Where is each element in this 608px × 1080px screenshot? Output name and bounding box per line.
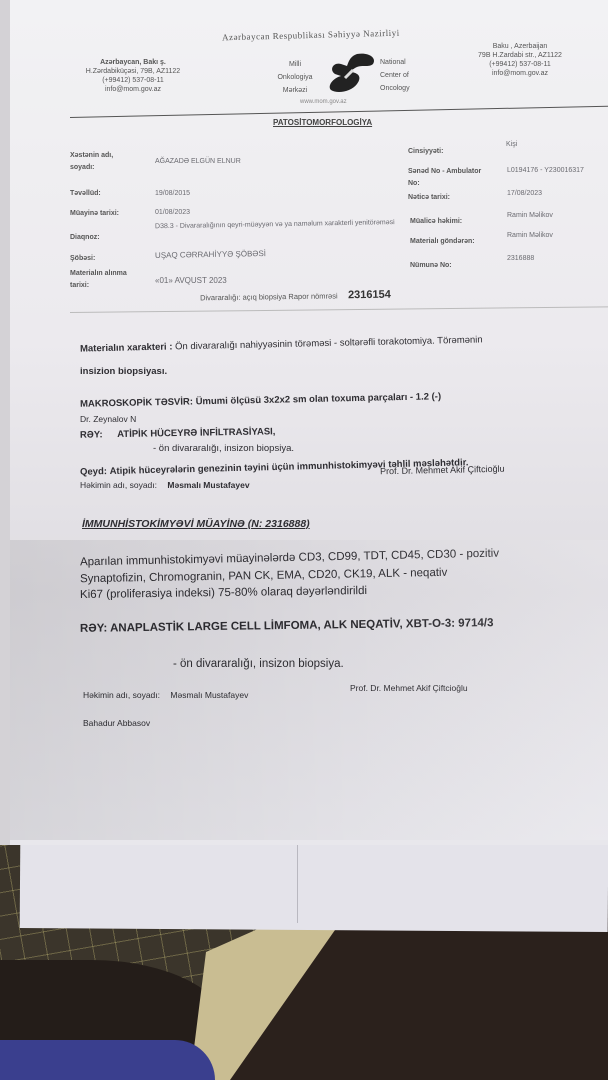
gender-label: Cinsiyyəti: [408,146,443,158]
macroscopic-label: MAKROSKOPİK TƏSVİR: [80,396,193,409]
ministry-title: Azərbaycan Respublikası Səhiyyə Nazirliy… [222,28,400,43]
underlying-paper [20,836,608,932]
sender-value: Ramin Məlikov [507,231,553,241]
blue-sleeve [0,1040,215,1080]
conclusion-label: RƏY: [80,429,103,440]
exam-date-label: Müayinə tarixi: [70,208,119,220]
sample-date-label: Materialın alınma tarixi: [70,268,140,292]
material-label: Materialın xarakteri : [80,341,173,354]
ihc-site: - ön divararalığı, insizon biopsiya. [173,658,344,670]
department-label: Şöbəsi: [70,253,95,265]
sender-label: Materialı göndərən: [410,236,475,248]
right-address: Baku , Azerbaijan 79B H.Zardabi str., AZ… [460,42,580,78]
left-address: Azərbaycan, Bakı ş. H.Zərdabiküçəsi, 79B… [78,58,188,94]
doctor-name: Məsmalı Mustafayev [170,690,248,700]
material-text-cont: insizion biopsiyası. [80,366,167,377]
macroscopic-doctor: Dr. Zeynalov N [80,414,136,424]
attending-doctor-value: Ramin Məlikov [507,211,553,221]
doctor-name-label: Həkimin adı, soyadı: [80,480,157,490]
ihc-line-1: Aparılan immunhistokimyəvi müayinələrdə … [80,548,499,569]
address-line: (+99412) 537-08-11 [460,60,580,69]
paper-fold [297,845,298,923]
report-number: 2316154 [348,289,391,302]
conclusion-1: RƏY: ATİPİK HÜCEYRƏ İNFİLTRASİYASI, [80,426,276,440]
website-link: www.mom.gov.az [300,98,347,107]
divider [70,306,608,313]
logo-text-line: Milli [275,58,315,71]
ihc-title: İMMUNHİSTOKİMYƏVİ MÜAYİNƏ (N: 2316888) [82,518,310,530]
sample-number-value: 2316888 [507,254,534,264]
logo-text-en: National Center of Oncology [380,56,430,95]
dob-value: 19/08/2015 [155,189,190,199]
diagnosis-value: D38.3 - Divararalığının qeyri-müəyyən və… [155,218,415,233]
address-line: 79B H.Zardabi str., AZ1122 [460,51,580,60]
note-label: Qeyd: [80,466,107,478]
logo-text-line: Oncology [380,82,430,95]
signature-1-line: Həkimin adı, soyadı: Məsmalı Mustafayev [80,480,250,490]
conclusion-text: ATİPİK HÜCEYRƏ İNFİLTRASİYASI, [117,426,275,440]
logo-text-line: Center of [380,69,430,82]
report-number-label: Divararalığı: açıq biopsiya Rapor nömrəs… [200,291,338,302]
logo-text-line: National [380,56,430,69]
result-date-label: Nəticə tarixi: [408,192,450,204]
logo-text-line: Mərkəzi [275,84,315,97]
oncology-logo-icon [327,52,377,94]
document-number-label: Sənəd No - Ambulator No: [408,166,488,190]
address-line: Azərbaycan, Bakı ş. [78,58,188,67]
header-divider [70,106,608,118]
ihc-line-2: Synaptofizin, Chromogranin, PAN CK, EMA,… [80,567,447,585]
sample-date-value: «01» AVQUST 2023 [155,276,227,286]
additional-signature: Bahadur Abbasov [83,718,150,728]
material-text: Ön divararalığı nahiyyəsinin törəməsi - … [175,334,483,352]
attending-doctor-label: Müalicə həkimi: [410,216,462,228]
macroscopic-text: Ümumi ölçüsü 3x2x2 sm olan toxuma parçal… [196,391,442,407]
patient-name-label: Xəstənin adı, soyadı: [70,150,130,174]
diagnosis-label: Diaqnoz: [70,232,100,244]
department-value: UŞAQ CƏRRAHİYYƏ ŞÖBƏSİ [155,249,266,261]
result-date-value: 17/08/2023 [507,189,542,199]
professor-signature-1: Prof. Dr. Mehmet Akif Çiftcioğlu [380,464,505,477]
patient-name-value: AĞAZADƏ ELGÜN ELNUR [155,157,241,167]
logo-text-az: Milli Onkologiya Mərkəzi [275,58,315,97]
gender-value: Kişi [506,140,517,150]
sample-number-label: Nümunə No: [410,260,452,272]
ihc-line-3: Ki67 (proliferasiya indeksi) 75-80% olar… [80,585,367,601]
report-number-line: Divararalığı: açıq biopsiya Rapor nömrəs… [200,285,391,306]
address-line: info@mom.gov.az [78,85,188,94]
material-line: Materialın xarakteri : Ön divararalığı n… [80,334,483,354]
exam-date-value: 01/08/2023 [155,208,190,218]
doctor-name-label: Həkimin adı, soyadı: [83,690,160,700]
address-line: H.Zərdabiküçəsi, 79B, AZ1122 [78,67,188,76]
document-number-value: L0194176 - Y230016317 [507,166,584,176]
ihc-conclusion: RƏY: ANAPLASTİK LARGE CELL LİMFOMA, ALK … [80,617,494,635]
conclusion-1-site: - ön divararalığı, insizon biopsiya. [153,443,294,454]
report-document: Azərbaycan Respublikası Səhiyyə Nazirliy… [10,0,608,845]
section-title: PATOSİTOMORFOLOGİYA [273,118,372,127]
address-line: (+99412) 537-08-11 [78,76,188,85]
address-line: info@mom.gov.az [460,69,580,78]
macroscopic-line: MAKROSKOPİK TƏSVİR: Ümumi ölçüsü 3x2x2 s… [80,391,441,410]
dob-label: Təvəllüd: [70,188,101,200]
doctor-name: Məsmalı Mustafayev [167,480,249,490]
signature-2-line: Həkimin adı, soyadı: Məsmalı Mustafayev [83,690,248,700]
professor-signature-2: Prof. Dr. Mehmet Akif Çiftcioğlu [350,683,468,693]
logo-text-line: Onkologiya [275,71,315,84]
address-line: Baku , Azerbaijan [460,42,580,51]
